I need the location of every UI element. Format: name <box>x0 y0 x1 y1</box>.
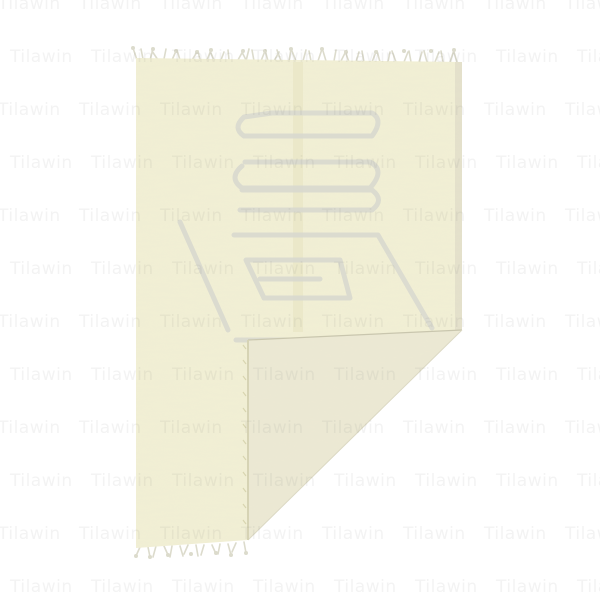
product-photo: Tilawin Tilawin Tilawin Tilawin Tilawin … <box>0 0 600 600</box>
rug-fold-back <box>248 330 462 540</box>
rug-image <box>0 0 600 600</box>
